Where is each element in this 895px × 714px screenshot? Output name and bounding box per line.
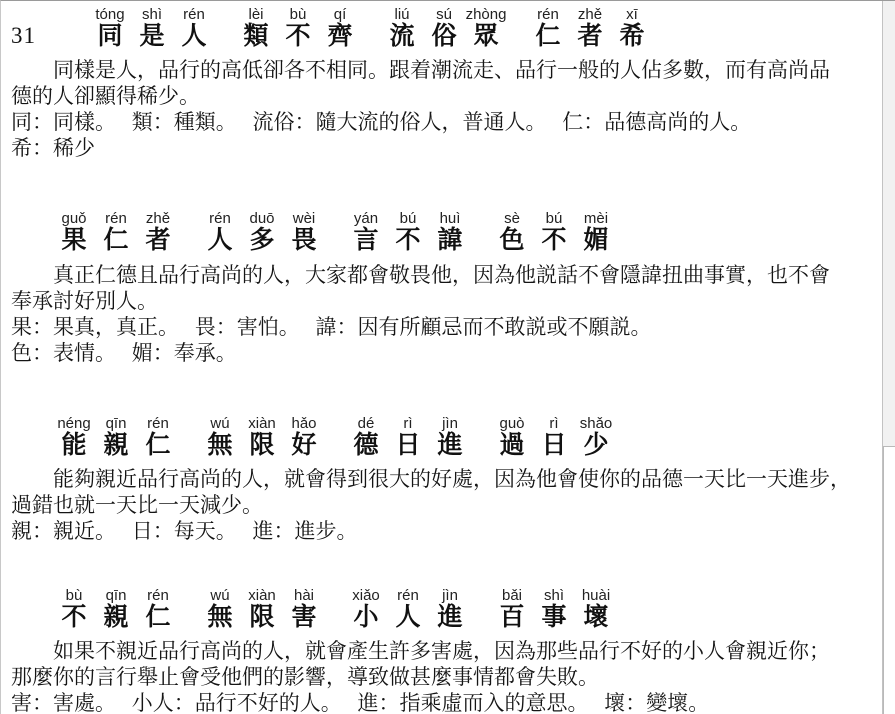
hanzi-char: 仁: [145, 605, 170, 631]
pinyin-label: huì: [440, 211, 461, 226]
pinyin-label: huài: [582, 588, 610, 603]
explanation-paragraph: 真正仁德且品行高尚的人，大家都會敬畏他，因為他説話不會隱諱扭曲事實，也不會 奉承…: [11, 262, 871, 314]
pinyin-label: wú: [210, 588, 229, 603]
verse-char-cell: rì日: [533, 416, 575, 459]
verse-char-cell: néng能: [53, 416, 95, 459]
pinyin-label: bù: [66, 588, 83, 603]
verse-char-cell: xiǎo小: [345, 588, 387, 631]
verse-line: guǒ果 rén仁 zhě者 rén人 duō多 wèi畏 yán言 bú不 h…: [53, 211, 871, 254]
verse-char-cell: shǎo少: [575, 416, 617, 459]
verse-char-cell: lèi類: [235, 7, 277, 50]
hanzi-char: 害: [291, 605, 316, 631]
verse-char-cell: rén人: [199, 211, 241, 254]
hanzi-char: 限: [249, 433, 274, 459]
pinyin-label: néng: [57, 416, 90, 431]
verse-char-cell: bú不: [533, 211, 575, 254]
verse-group: sè色 bú不 mèi媚: [491, 211, 617, 254]
hanzi-char: 壞: [583, 605, 608, 631]
pinyin-label: rén: [147, 416, 169, 431]
hanzi-char: 無: [207, 433, 232, 459]
vocabulary-notes: 害：害處。 小人：品行不好的人。 進：指乘虛而入的意思。 壞：變壞。: [11, 690, 871, 714]
hanzi-char: 果: [61, 228, 86, 254]
pinyin-label: rén: [105, 211, 127, 226]
verse-char-cell: xī希: [611, 7, 653, 50]
verse-char-cell: tóng同: [89, 7, 131, 50]
verse-char-cell: xiàn限: [241, 588, 283, 631]
verse-char-cell: rén人: [173, 7, 215, 50]
explanation-paragraph: 如果不親近品行高尚的人，就會產生許多害處，因為那些品行不好的小人會親近你； 那麼…: [11, 638, 871, 690]
verse-char-cell: jìn進: [429, 416, 471, 459]
pinyin-label: qí: [334, 7, 347, 22]
pinyin-label: shì: [544, 588, 564, 603]
verse-char-cell: huài壞: [575, 588, 617, 631]
verse-group: wú無 xiàn限 hài害: [199, 588, 325, 631]
pinyin-label: dé: [358, 416, 375, 431]
hanzi-char: 言: [353, 228, 378, 254]
verse-char-cell: sè色: [491, 211, 533, 254]
hanzi-char: 人: [181, 24, 206, 50]
hanzi-char: 流: [389, 24, 414, 50]
hanzi-char: 小: [353, 605, 378, 631]
verse-char-cell: zhòng眾: [465, 7, 507, 50]
hanzi-char: 齊: [327, 24, 352, 50]
verse-group: dé德 rì日 jìn進: [345, 416, 471, 459]
pinyin-label: hài: [294, 588, 314, 603]
pinyin-label: hǎo: [291, 416, 316, 431]
vocabulary-notes: 果：果真，真正。 畏：害怕。 諱：因有所顧忌而不敢説或不願説。 色：表情。 媚：…: [11, 314, 871, 366]
hanzi-char: 進: [437, 433, 462, 459]
hanzi-char: 事: [541, 605, 566, 631]
verse-line: bù不 qīn親 rén仁 wú無 xiàn限 hài害 xiǎo小 rén人 …: [53, 588, 871, 631]
hanzi-char: 過: [499, 433, 524, 459]
hanzi-char: 不: [285, 24, 310, 50]
hanzi-char: 親: [103, 433, 128, 459]
verse-char-cell: bǎi百: [491, 588, 533, 631]
verse-char-cell: sú俗: [423, 7, 465, 50]
pinyin-label: mèi: [584, 211, 608, 226]
verse-char-cell: wèi畏: [283, 211, 325, 254]
pinyin-label: rì: [403, 416, 412, 431]
hanzi-char: 德: [353, 433, 378, 459]
hanzi-char: 仁: [103, 228, 128, 254]
hanzi-char: 限: [249, 605, 274, 631]
verse-char-cell: wú無: [199, 588, 241, 631]
verse-char-cell: jìn進: [429, 588, 471, 631]
pinyin-label: shì: [142, 7, 162, 22]
pinyin-label: bú: [400, 211, 417, 226]
verse-section-2: guǒ果 rén仁 zhě者 rén人 duō多 wèi畏 yán言 bú不 h…: [11, 211, 871, 365]
pinyin-label: bǎi: [502, 588, 522, 603]
verse-char-cell: mèi媚: [575, 211, 617, 254]
verse-section-1: 31 tóng同 shì是 rén人 lèi類 bù不 qí齊 liú流 sú俗…: [11, 7, 871, 161]
verse-char-cell: yán言: [345, 211, 387, 254]
pinyin-label: tóng: [95, 7, 124, 22]
explanation-paragraph: 能夠親近品行高尚的人，就會得到很大的好處，因為他會使你的品德一天比一天進步， 過…: [11, 466, 871, 518]
pinyin-label: zhòng: [466, 7, 507, 22]
pinyin-label: zhě: [146, 211, 170, 226]
hanzi-char: 媚: [583, 228, 608, 254]
verse-char-cell: shì事: [533, 588, 575, 631]
verse-group: bǎi百 shì事 huài壞: [491, 588, 617, 631]
pinyin-label: lèi: [248, 7, 263, 22]
verse-char-cell: guò過: [491, 416, 533, 459]
hanzi-char: 類: [243, 24, 268, 50]
pinyin-label: xiǎo: [352, 588, 380, 603]
pinyin-label: guǒ: [61, 211, 86, 226]
pinyin-label: qīn: [106, 416, 127, 431]
pinyin-label: liú: [394, 7, 409, 22]
document-page: 31 tóng同 shì是 rén人 lèi類 bù不 qí齊 liú流 sú俗…: [0, 0, 895, 714]
pinyin-label: qīn: [106, 588, 127, 603]
verse-char-cell: wú無: [199, 416, 241, 459]
hanzi-char: 諱: [437, 228, 462, 254]
verse-char-cell: bú不: [387, 211, 429, 254]
verse-char-cell: hǎo好: [283, 416, 325, 459]
pinyin-label: rén: [147, 588, 169, 603]
verse-group: yán言 bú不 huì諱: [345, 211, 471, 254]
hanzi-char: 日: [395, 433, 420, 459]
verse-char-cell: bù不: [277, 7, 319, 50]
verse-line: 31 tóng同 shì是 rén人 lèi類 bù不 qí齊 liú流 sú俗…: [11, 7, 871, 50]
pinyin-label: guò: [499, 416, 524, 431]
verse-line: néng能 qīn親 rén仁 wú無 xiàn限 hǎo好 dé德 rì日 j…: [53, 416, 871, 459]
pinyin-label: bú: [546, 211, 563, 226]
verse-char-cell: zhě者: [569, 7, 611, 50]
hanzi-char: 畏: [291, 228, 316, 254]
verse-char-cell: zhě者: [137, 211, 179, 254]
verse-char-cell: shì是: [131, 7, 173, 50]
verse-section-3: néng能 qīn親 rén仁 wú無 xiàn限 hǎo好 dé德 rì日 j…: [11, 416, 871, 544]
vocabulary-notes: 同：同樣。 類：種類。 流俗：隨大流的俗人，普通人。 仁：品德高尚的人。 希：稀…: [11, 109, 871, 161]
pinyin-label: xiàn: [248, 416, 276, 431]
verse-group: rén仁 zhě者 xī希: [527, 7, 653, 50]
hanzi-char: 好: [291, 433, 316, 459]
hanzi-char: 者: [577, 24, 602, 50]
hanzi-char: 仁: [145, 433, 170, 459]
pinyin-label: rén: [397, 588, 419, 603]
verse-group: lèi類 bù不 qí齊: [235, 7, 361, 50]
verse-char-cell: bù不: [53, 588, 95, 631]
pinyin-label: jìn: [442, 588, 458, 603]
hanzi-char: 色: [499, 228, 524, 254]
hanzi-char: 百: [499, 605, 524, 631]
verse-char-cell: rén仁: [95, 211, 137, 254]
hanzi-char: 仁: [535, 24, 560, 50]
pinyin-label: shǎo: [580, 416, 613, 431]
pinyin-label: rén: [183, 7, 205, 22]
hanzi-char: 人: [395, 605, 420, 631]
verse-char-cell: rén人: [387, 588, 429, 631]
pinyin-label: wú: [210, 416, 229, 431]
verse-group: guò過 rì日 shǎo少: [491, 416, 617, 459]
verse-char-cell: rén仁: [527, 7, 569, 50]
hanzi-char: 日: [541, 433, 566, 459]
page-edge-fragment: [883, 446, 895, 714]
pinyin-label: sè: [504, 211, 520, 226]
hanzi-char: 是: [139, 24, 164, 50]
verse-char-cell: qīn親: [95, 416, 137, 459]
verse-section-4: bù不 qīn親 rén仁 wú無 xiàn限 hài害 xiǎo小 rén人 …: [11, 588, 871, 714]
pinyin-label: yán: [354, 211, 378, 226]
hanzi-char: 希: [619, 24, 644, 50]
hanzi-char: 無: [207, 605, 232, 631]
pinyin-label: rén: [209, 211, 231, 226]
pinyin-label: rì: [549, 416, 558, 431]
verse-group: néng能 qīn親 rén仁: [53, 416, 179, 459]
hanzi-char: 同: [97, 24, 122, 50]
pinyin-label: xī: [626, 7, 638, 22]
hanzi-char: 少: [583, 433, 608, 459]
hanzi-char: 多: [249, 228, 274, 254]
pinyin-label: xiàn: [248, 588, 276, 603]
hanzi-char: 俗: [431, 24, 456, 50]
hanzi-char: 親: [103, 605, 128, 631]
verse-group: liú流 sú俗 zhòng眾: [381, 7, 507, 50]
pinyin-label: duō: [249, 211, 274, 226]
explanation-paragraph: 同樣是人，品行的高低卻各不相同。跟着潮流走、品行一般的人佔多數，而有高尚品 德的…: [11, 57, 871, 109]
vocabulary-notes: 親：親近。 日：每天。 進：進步。: [11, 518, 871, 544]
hanzi-char: 不: [395, 228, 420, 254]
verse-group: xiǎo小 rén人 jìn進: [345, 588, 471, 631]
pinyin-label: jìn: [442, 416, 458, 431]
pinyin-label: sú: [436, 7, 452, 22]
hanzi-char: 不: [541, 228, 566, 254]
verse-char-cell: rì日: [387, 416, 429, 459]
verse-char-cell: rén仁: [137, 588, 179, 631]
hanzi-char: 能: [61, 433, 86, 459]
pinyin-label: wèi: [293, 211, 316, 226]
hanzi-char: 眾: [473, 24, 498, 50]
verse-char-cell: duō多: [241, 211, 283, 254]
hanzi-char: 進: [437, 605, 462, 631]
verse-char-cell: huì諱: [429, 211, 471, 254]
verse-group: rén人 duō多 wèi畏: [199, 211, 325, 254]
hanzi-char: 者: [145, 228, 170, 254]
pinyin-label: zhě: [578, 7, 602, 22]
verse-char-cell: dé德: [345, 416, 387, 459]
verse-char-cell: liú流: [381, 7, 423, 50]
verse-group: guǒ果 rén仁 zhě者: [53, 211, 179, 254]
hanzi-char: 不: [61, 605, 86, 631]
pinyin-label: bù: [290, 7, 307, 22]
verse-char-cell: guǒ果: [53, 211, 95, 254]
verse-group: bù不 qīn親 rén仁: [53, 588, 179, 631]
verse-char-cell: qí齊: [319, 7, 361, 50]
hanzi-char: 人: [207, 228, 232, 254]
pinyin-label: rén: [537, 7, 559, 22]
verse-char-cell: qīn親: [95, 588, 137, 631]
verse-char-cell: xiàn限: [241, 416, 283, 459]
verse-group: wú無 xiàn限 hǎo好: [199, 416, 325, 459]
verse-char-cell: rén仁: [137, 416, 179, 459]
verse-group: tóng同 shì是 rén人: [89, 7, 215, 50]
lesson-number: 31: [11, 24, 36, 50]
verse-char-cell: hài害: [283, 588, 325, 631]
